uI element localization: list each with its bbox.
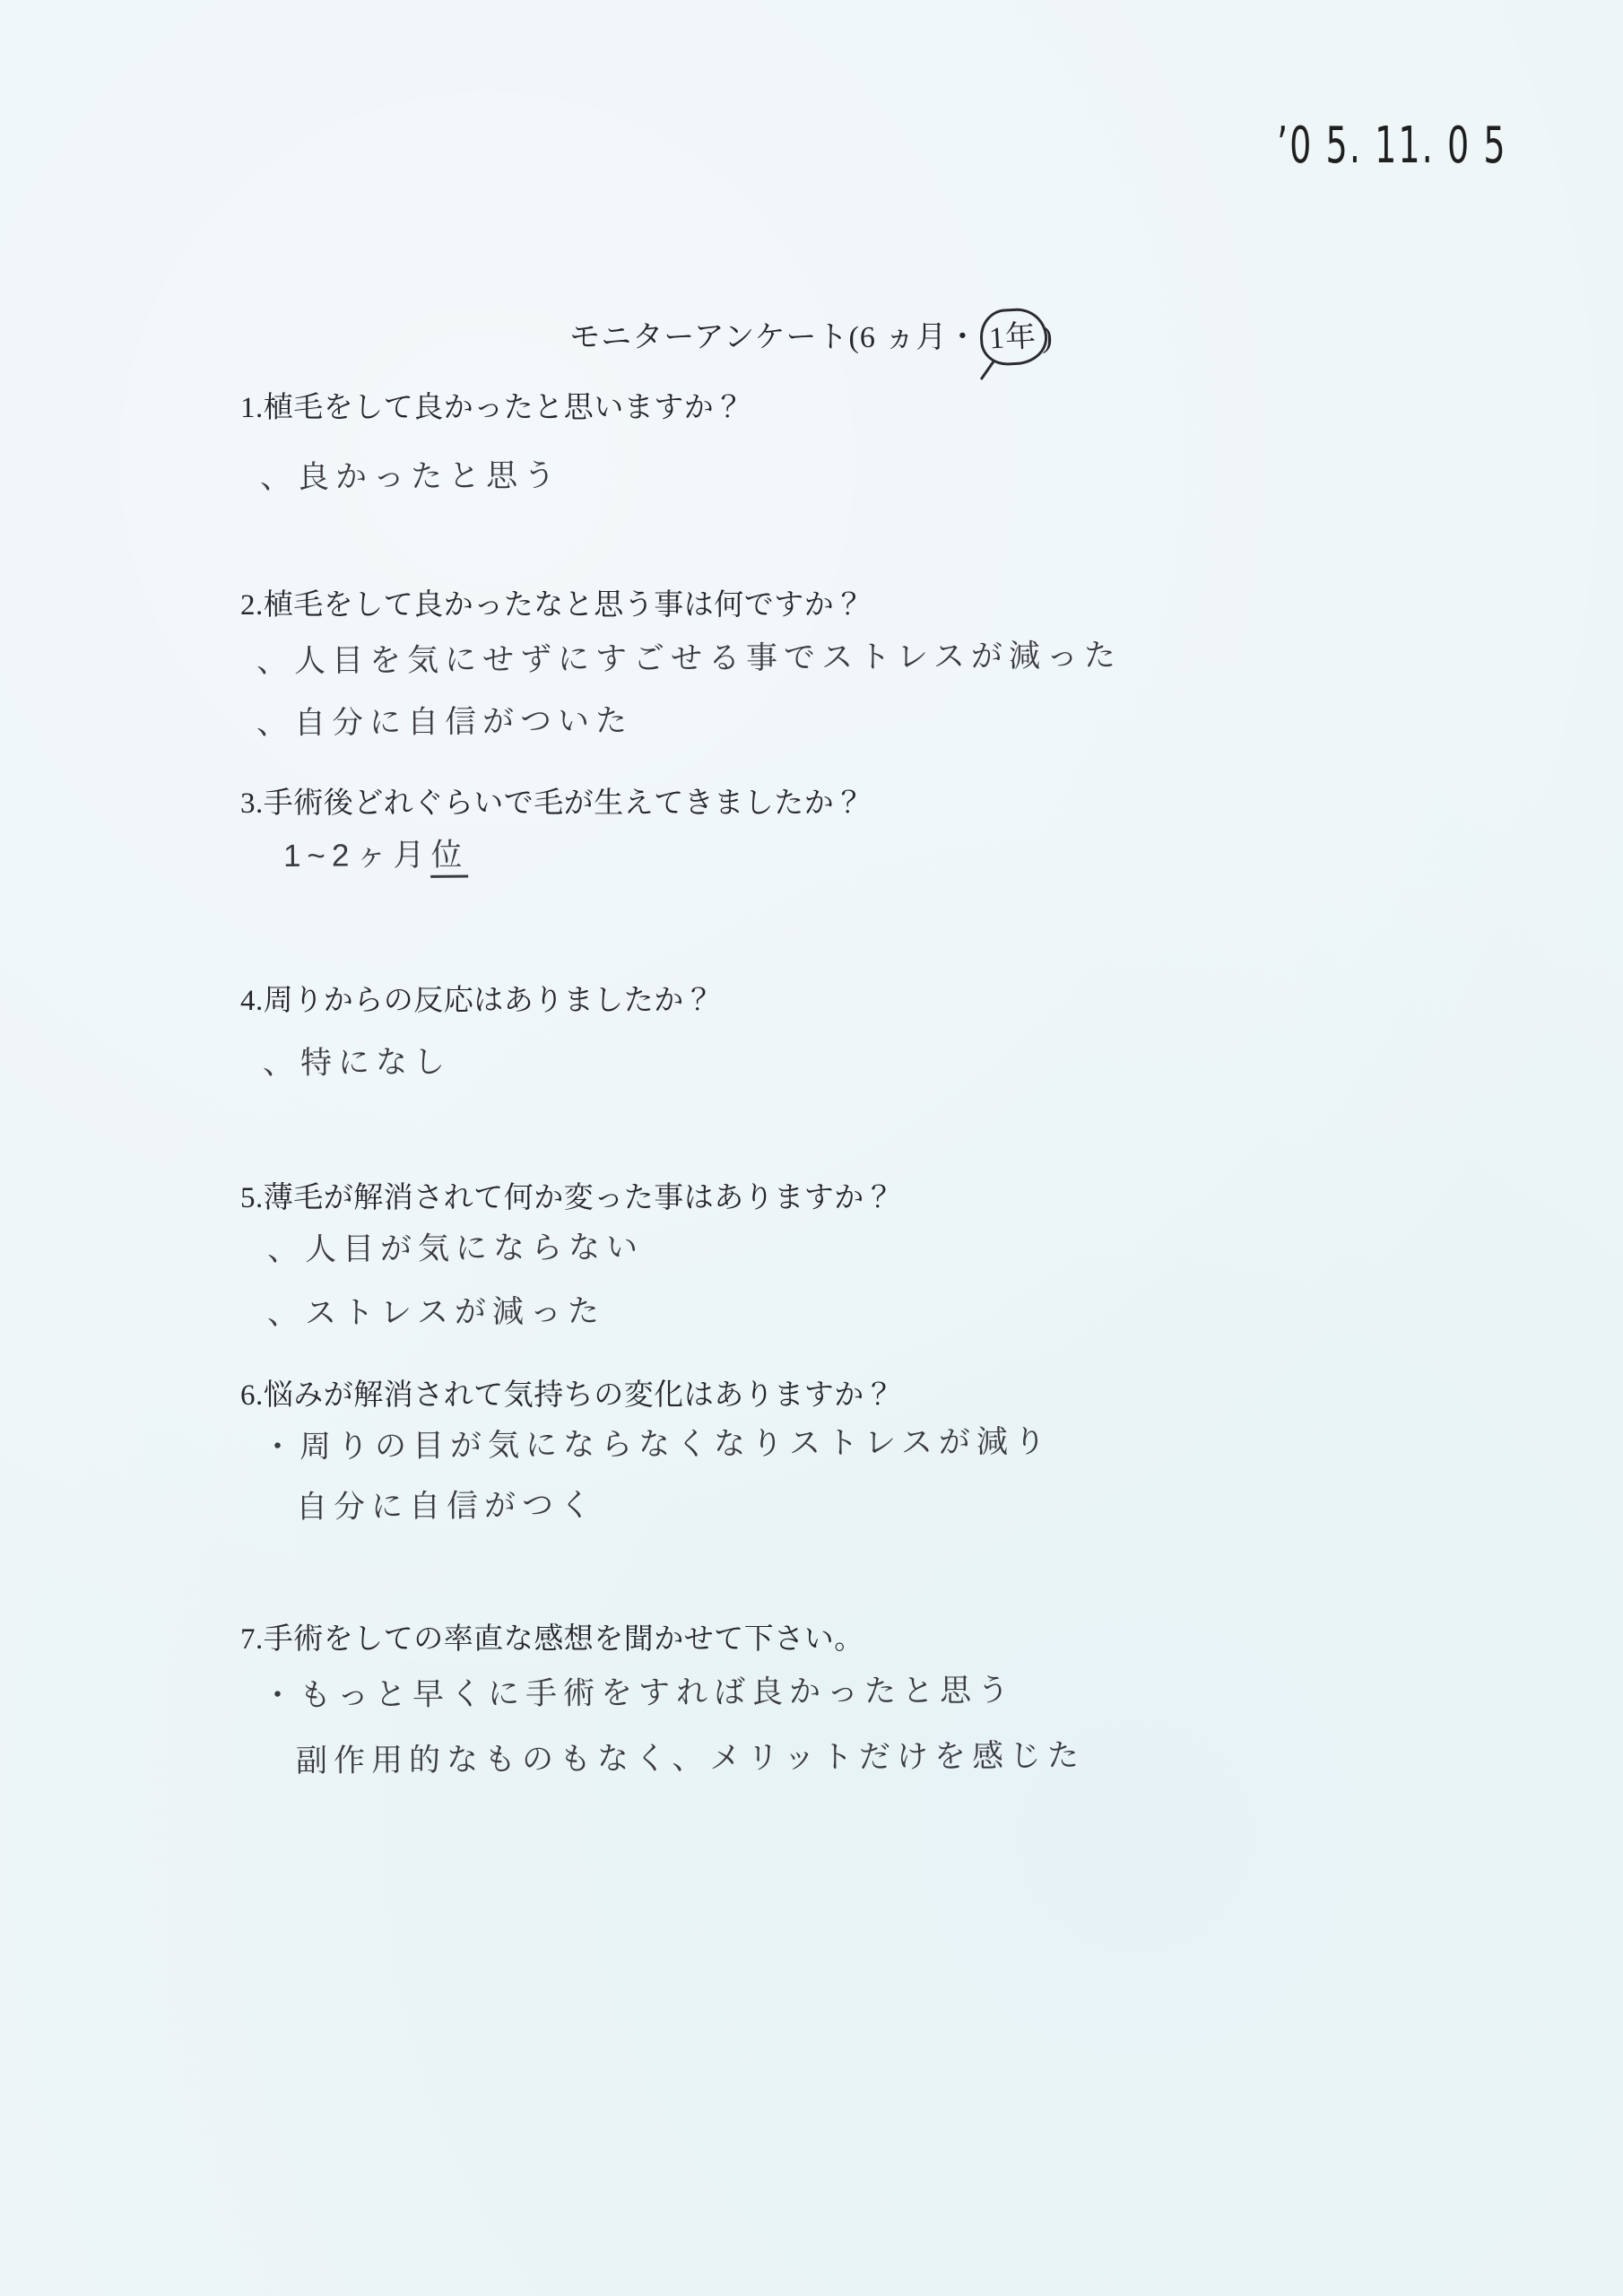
question-4-answer-1: 、特になし (263, 1038, 451, 1083)
question-3-answer-main: 1~2ヶ月 (283, 838, 431, 874)
question-5-label: 5.薄毛が解消されて何か変った事はありますか？ (240, 1174, 894, 1216)
question-2-answer-2: 、自分に自信がついた (256, 696, 633, 744)
question-1-label: 1.植毛をして良かったと思いますか？ (240, 384, 744, 426)
survey-title: モニターアンケート(6 ヵ月・1年) (0, 309, 1623, 365)
question-2-label: 2.植毛をして良かったなと思う事は何ですか？ (240, 581, 864, 623)
question-3-answer-underlined: 位 (430, 838, 468, 878)
survey-title-circled-text: 1年 (988, 320, 1037, 356)
question-7-answer-2: 副作用的なものもなく、メリットだけを感じた (296, 1731, 1085, 1781)
survey-title-prefix: モニターアンケート(6 ヵ月・ (569, 321, 978, 354)
question-5-answer-2: 、ストレスが減った (267, 1286, 605, 1334)
question-3-answer-1: 1~2ヶ月位 (283, 831, 469, 876)
question-5-answer-1: 、人目が気にならない (267, 1222, 644, 1270)
question-7-label: 7.手術をしての率直な感想を聞かせて下さい。 (240, 1615, 864, 1657)
question-6-answer-1: ・周りの目が気にならなくなりストレスが減り (262, 1417, 1052, 1467)
scanned-survey-page: ’0 5. 11. 0 5 モニターアンケート(6 ヵ月・1年) 1.植毛をして… (0, 0, 1623, 2296)
circled-one-year-annotation: 1年 (979, 307, 1049, 367)
question-2-answer-1: 、人目を気にせずにすごせる事でストレスが減った (256, 631, 1122, 682)
question-6-answer-2: 自分に自信がつく (296, 1481, 597, 1527)
question-6-label: 6.悩みが解消されて気持ちの変化はありますか？ (240, 1371, 894, 1413)
question-7-answer-1: ・もっと早くに手術をすれば良かったと思う (262, 1665, 1015, 1716)
question-3-label: 3.手術後どれぐらいで毛が生えてきましたか？ (240, 779, 864, 822)
question-4-label: 4.周りからの反応はありましたか？ (240, 977, 714, 1019)
date-stamp: ’0 5. 11. 0 5 (1277, 117, 1507, 175)
question-1-answer-1: 、良かったと思う (260, 451, 561, 498)
